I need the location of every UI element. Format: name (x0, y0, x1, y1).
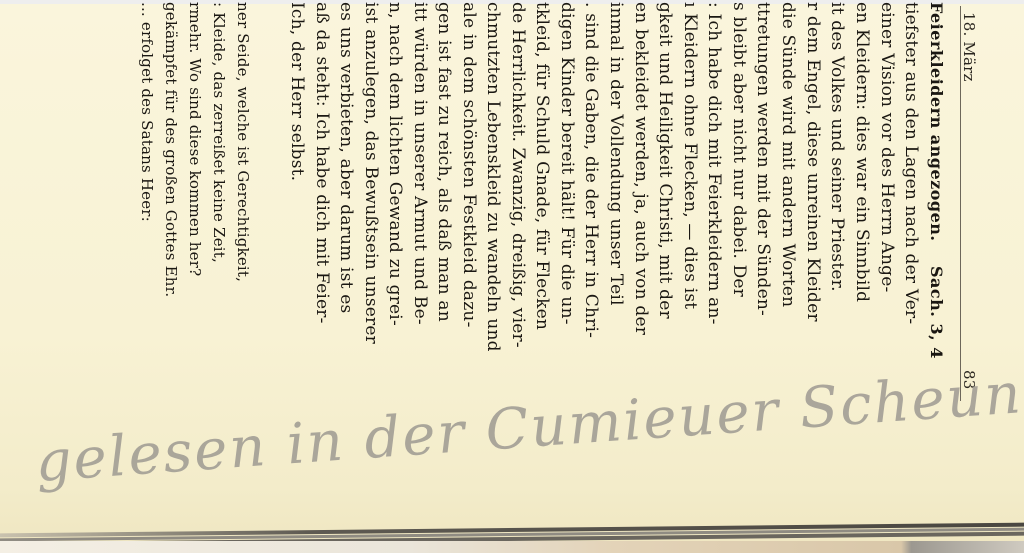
verse-line: ner Seide, welche ist Gerechtigkeit, (232, 2, 254, 282)
body-line: gen ist fast zu reich, als daß man an (433, 2, 455, 322)
body-line: die Sünde wird mit andern Worten (777, 2, 799, 307)
body-line: r dem Engel, diese unreinen Kleider (802, 2, 824, 322)
scripture-reference: Sach. 3, 4 (927, 266, 946, 359)
handwritten-note: gelesen in der Cumieuer Scheune 1945. (33, 345, 1024, 495)
header-rule (960, 6, 961, 401)
body-line: it des Volkes und seiner Priester. (826, 2, 848, 292)
body-line: de Herrlichkeit. Zwanzig, dreißig, vier- (507, 2, 529, 348)
body-line: s bleibt aber nicht nur dabei. Der (728, 2, 750, 297)
body-line: ist anzulegen, das Bewußtsein unserer (360, 2, 382, 344)
body-line: tiefster aus den Lagen nach der Ver- (900, 2, 922, 324)
body-line: itt würden in unserer Armut und Be- (409, 2, 431, 325)
verse-line: ... erfolget des Satans Heer: (136, 2, 158, 222)
body-line: es uns verbieten, aber darum ist es (335, 2, 357, 313)
section-title: Feierkleidern angezogen. Sach. 3, 4 (925, 2, 947, 358)
verse-line: gekämpfet für des großen Gottes Ehr. (160, 2, 182, 297)
body-line: tkleid, für Schuld Gnade, für Flecken (531, 2, 553, 330)
body-line: inmal in der Vollendung unser Teil (605, 2, 627, 306)
body-line: aß da steht: Ich habe dich mit Feier- (311, 2, 333, 324)
body-line: en bekleidet werden, ja, auch von der (630, 2, 652, 335)
body-line: einer Vision vor des Herrn Ange- (876, 2, 898, 292)
body-line: ı Kleidern ohne Flecken, — dies ist (679, 2, 701, 309)
body-line: Ich, der Herr selbst. (286, 2, 308, 181)
book-cover-edge (0, 541, 1024, 553)
running-header-date: 18. März (958, 12, 980, 82)
section-title-text: Feierkleidern angezogen. (927, 2, 946, 241)
body-line: en Kleidern: dies war ein Sinnbild (851, 2, 873, 302)
body-line: : Ich habe dich mit Feierkleidern an- (703, 2, 725, 325)
verse-line: rmehr. Wo sind diese kommen her? (184, 2, 206, 276)
body-line: . sind die Gaben, die der Herr in Chri- (580, 2, 602, 338)
book-page: 18. März 83 Feierkleidern angezogen. Sac… (0, 0, 1024, 553)
body-line: ttretungen werden mit der Sünden- (752, 2, 774, 316)
body-line: digen Kinder bereit hält! Für die un- (556, 2, 578, 325)
body-line: n, nach dem lichten Gewand zu grei- (384, 2, 406, 326)
body-line: ale in dem schönsten Festkleid dazu- (458, 2, 480, 328)
body-line: chmutzten Lebenskleid zu wandeln und (482, 2, 504, 352)
verse-line: : Kleide, das zerreißet keine Zeit, (208, 2, 230, 263)
body-line: gkeit und Heiligkeit Christi, mit der (654, 2, 676, 319)
